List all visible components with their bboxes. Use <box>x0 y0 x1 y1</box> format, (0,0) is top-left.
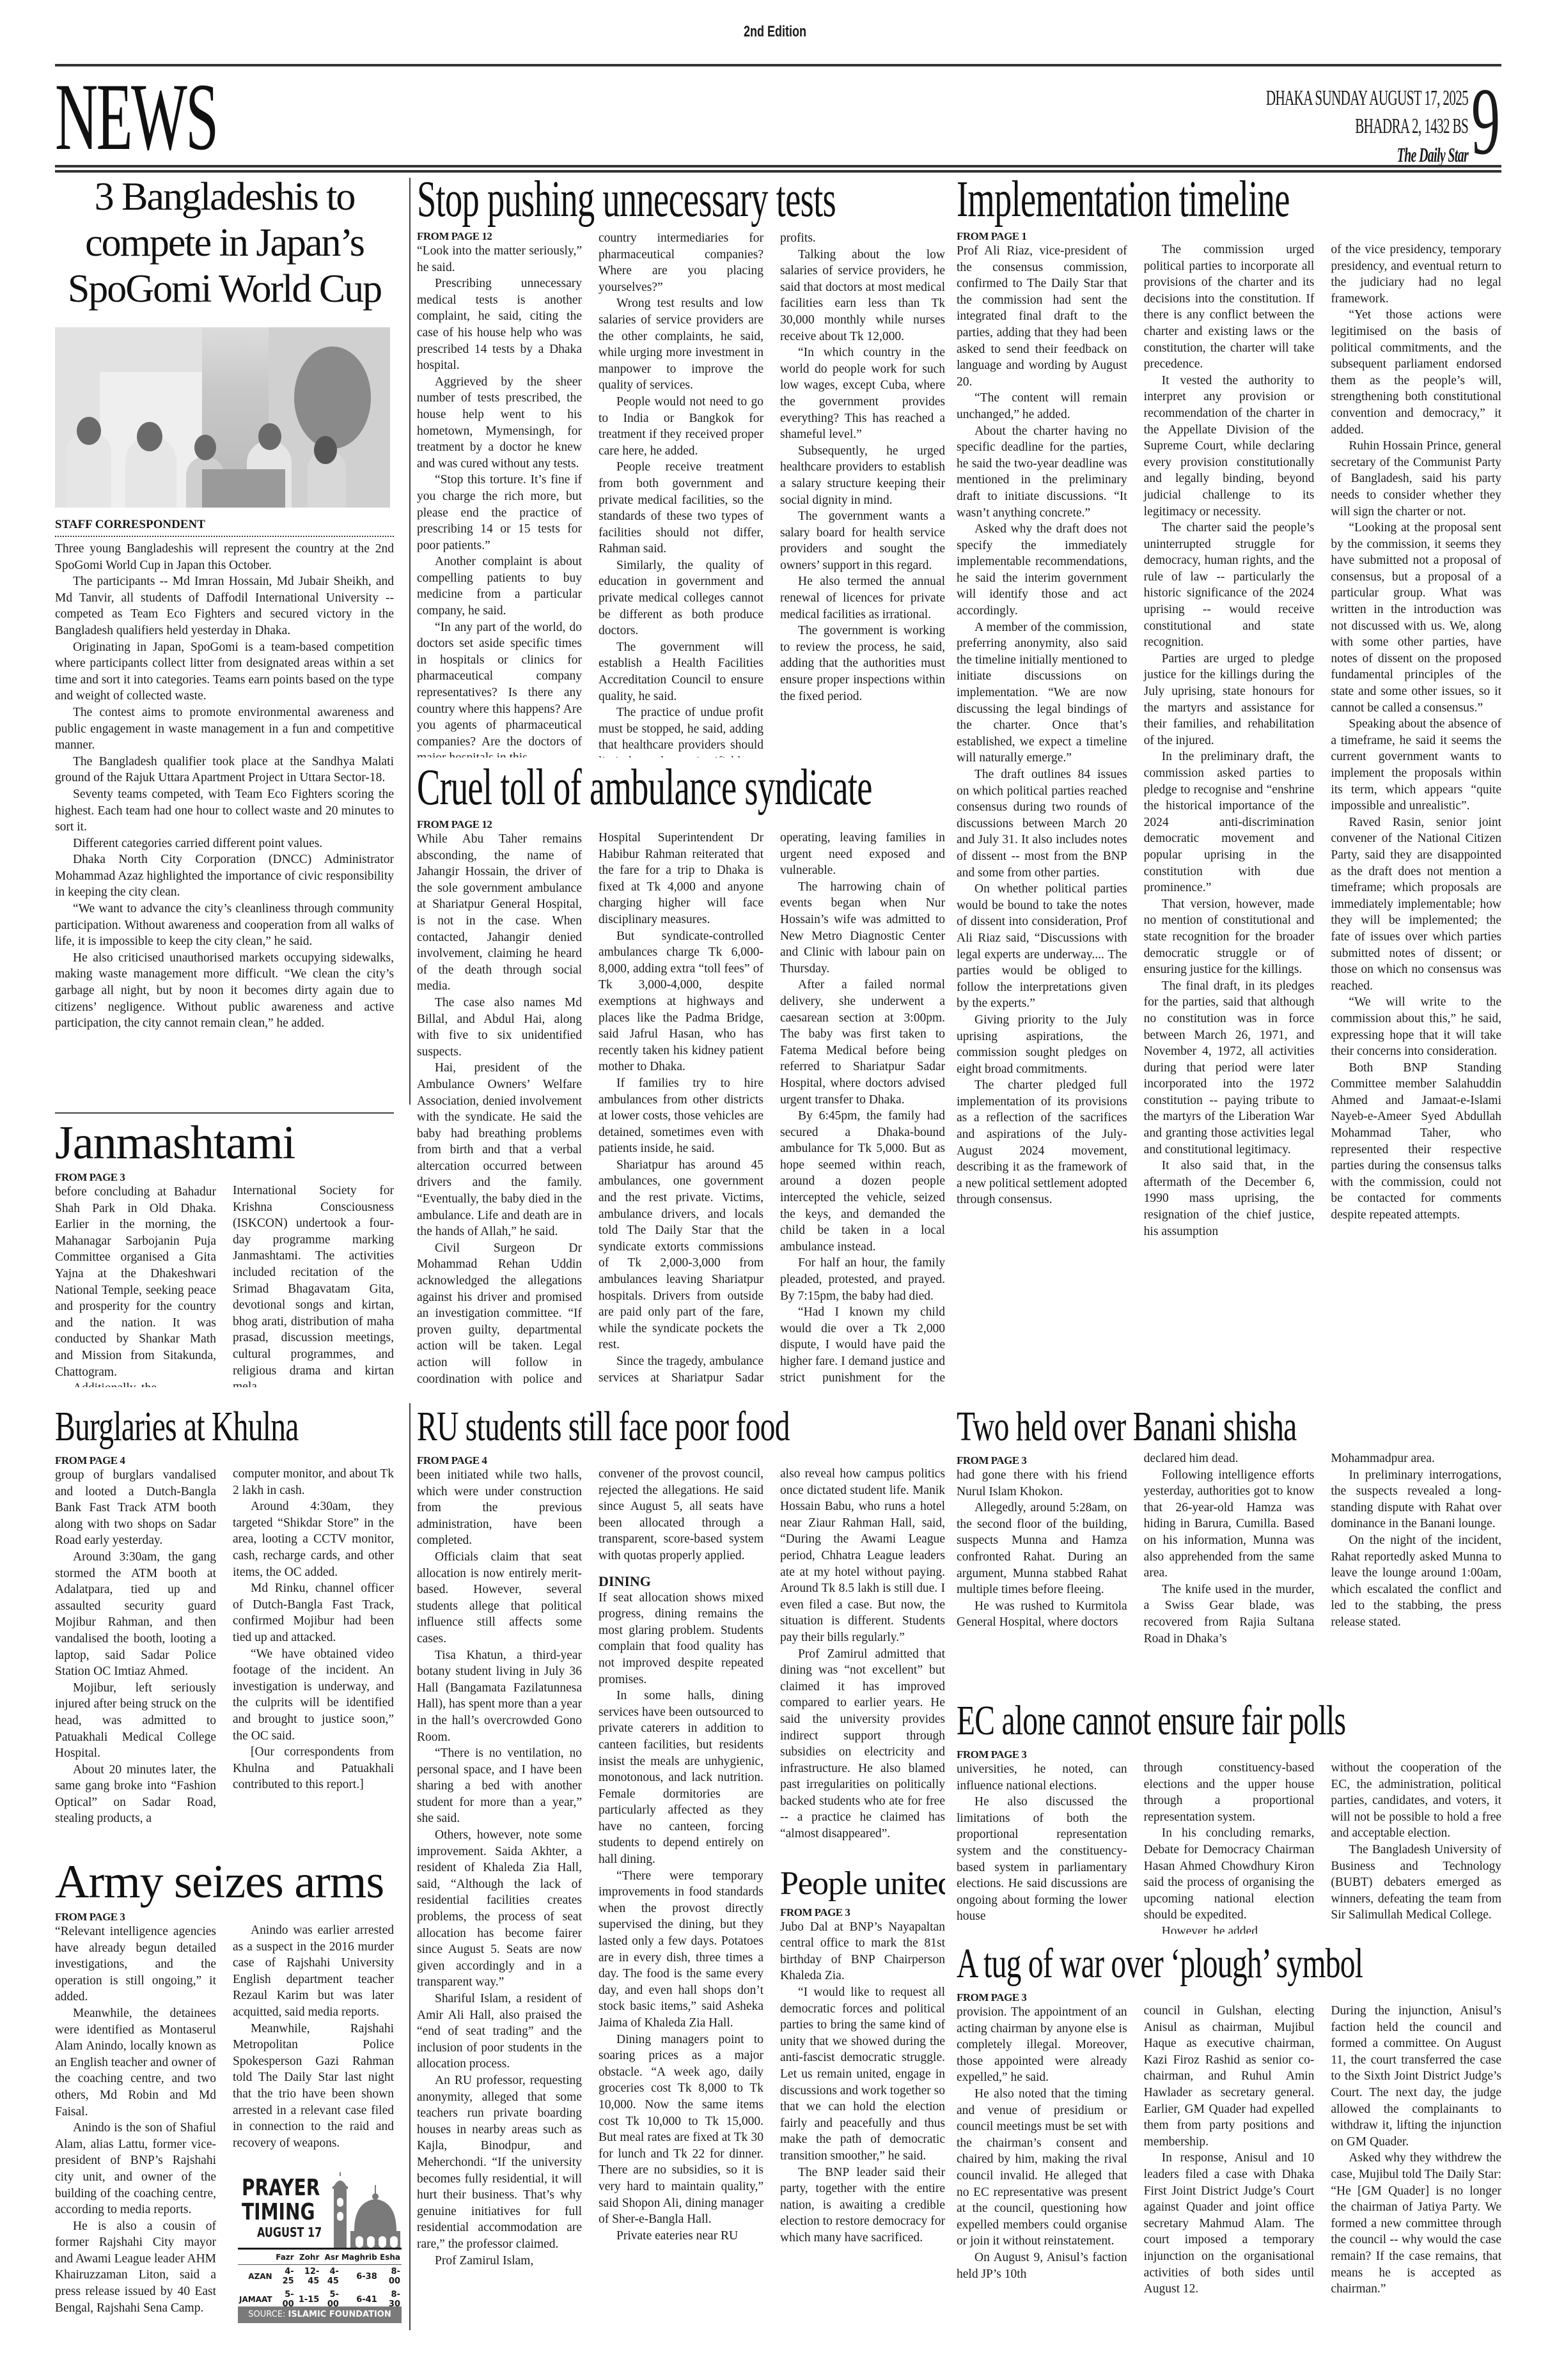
paragraph: of the vice presidency, temporary presid… <box>1331 242 1501 307</box>
from-page: FROM PAGE 3 <box>957 1748 1127 1761</box>
paragraph: had gone there with his friend Nurul Isl… <box>957 1467 1127 1500</box>
paragraph: “I would like to request all democratic … <box>780 1984 945 2165</box>
row-label: AZAN <box>238 2265 274 2289</box>
paragraph: In his concluding remarks, Debate for De… <box>1144 1825 1315 1924</box>
paragraph: In the preliminary draft, the commission… <box>1144 749 1315 896</box>
column-3: During the injunction, Anisul’s faction … <box>1331 1987 1501 2298</box>
edition-label: 2nd Edition <box>194 23 1356 41</box>
paragraph: operating, leaving families in urgent ne… <box>780 830 945 879</box>
from-page: FROM PAGE 3 <box>55 1911 216 1924</box>
paragraph: But syndicate-controlled ambulances char… <box>599 928 763 1075</box>
paragraph: For half an hour, the family pleaded, pr… <box>780 1255 945 1304</box>
from-page: FROM PAGE 12 <box>417 818 582 831</box>
paragraph: The knife used in the murder, a Swiss Ge… <box>1144 1582 1315 1647</box>
column-3: also reveal how campus politics once dic… <box>780 1451 945 2269</box>
paragraph: He also discussed the limitations of bot… <box>957 1794 1127 1925</box>
paragraph: “Yet those actions were legitimised on t… <box>1331 307 1501 438</box>
paragraph: Hai, president of the Ambulance Owners’ … <box>417 1060 582 1240</box>
column-3: of the vice presidency, temporary presid… <box>1331 226 1501 1240</box>
story-burglaries: Burglaries at Khulna FROM PAGE 4 group o… <box>55 1403 394 1851</box>
source-credit: SOURCE: ISLAMIC FOUNDATION <box>238 2306 402 2323</box>
date-block: DHAKA SUNDAY AUGUST 17, 2025 BHADRA 2, 1… <box>1266 84 1468 169</box>
prayer-title-line1: PRAYER <box>242 2176 320 2200</box>
story-spogomi-body: STAFF CORRESPONDENT Three young Banglade… <box>55 518 394 1093</box>
paragraph: Dining managers point to soaring prices … <box>599 2032 763 2228</box>
paragraph: provision. The appointment of an acting … <box>957 2004 1127 2086</box>
column-1: FROM PAGE 12 “Look into the matter serio… <box>417 226 582 758</box>
column-1: FROM PAGE 4 been initiated while two hal… <box>417 1451 582 2269</box>
subhead-dining: DINING <box>599 1573 763 1590</box>
paragraph: The practice of undue profit must be sto… <box>599 704 763 758</box>
paragraph: Originating in Japan, SpoGomi is a team-… <box>55 639 394 704</box>
paragraph: Md Rinku, channel officer of Dutch-Bangl… <box>233 1580 394 1645</box>
paragraph: After a failed normal delivery, she unde… <box>780 977 945 1108</box>
paragraph: Mojibur, left seriously injured after be… <box>55 1680 216 1762</box>
headline: EC alone cannot ensure fair polls <box>957 1697 1349 1745</box>
paragraph: “Had I known my child would die over a T… <box>780 1304 945 1384</box>
column-3: without the cooperation of the EC, the a… <box>1331 1745 1501 1934</box>
paragraph: Prof Zamirul Islam, <box>417 2253 582 2269</box>
story-banani: Two held over Banani shisha FROM PAGE 3 … <box>957 1403 1501 1691</box>
column-3: Mohammadpur area.In preliminary interrog… <box>1331 1451 1501 1647</box>
column-divider <box>409 178 411 1105</box>
paragraph: Wrong test results and low salaries of s… <box>599 295 763 394</box>
story-ambulance: Cruel toll of ambulance syndicate FROM P… <box>417 761 945 1384</box>
mosque-icon <box>333 2172 400 2248</box>
paragraph: The BNP leader said their party, togethe… <box>780 2165 945 2246</box>
paragraph: The contest aims to promote environmenta… <box>55 704 394 754</box>
paragraph: He was rushed to Kurmitola General Hospi… <box>957 1598 1127 1631</box>
column-2: The commission urged political parties t… <box>1144 226 1315 1240</box>
paragraph: During the injunction, Anisul’s faction … <box>1331 2003 1501 2150</box>
paragraph: The harrowing chain of events began when… <box>780 879 945 977</box>
paragraph: Private eateries near RU <box>599 2228 763 2244</box>
dateline: DHAKA SUNDAY AUGUST 17, 2025 <box>1266 84 1468 113</box>
paragraph: The Bangladesh qualifier took place at t… <box>55 754 394 786</box>
headline: Stop pushing unnecessary tests <box>417 173 776 226</box>
paragraph: Asked why they withdrew the case, Mujibu… <box>1331 2150 1501 2297</box>
paragraph: Anindo is the son of Shafiul Alam, alias… <box>55 2120 216 2218</box>
paragraph: The commission urged political parties t… <box>1144 242 1315 373</box>
page-number: 9 <box>1471 77 1500 166</box>
time-cell: 6-38 <box>340 2265 379 2289</box>
column-1: FROM PAGE 3 universities, he noted, can … <box>957 1745 1127 1934</box>
column-2: convener of the provost council, rejecte… <box>599 1451 763 2269</box>
paragraph: declared him dead. <box>1144 1451 1315 1467</box>
story-people-united: People united FROM PAGE 3 Jubo Dal at BN… <box>780 1865 945 2246</box>
story-photo <box>55 327 390 508</box>
paragraph: without the cooperation of the EC, the a… <box>1331 1760 1501 1842</box>
paragraph: profits. <box>780 230 945 247</box>
column-2: Hospital Superintendent Dr Habibur Rahma… <box>599 814 763 1384</box>
column-2: council in Gulshan, electing Anisul as c… <box>1144 1987 1315 2298</box>
paragraph: About the charter having no specific dea… <box>957 423 1127 522</box>
story-tests: Stop pushing unnecessary tests FROM PAGE… <box>417 173 945 758</box>
paragraph: Hospital Superintendent Dr Habibur Rahma… <box>599 830 763 928</box>
headline: A tug of war over ‘plough’ symbol <box>957 1940 1349 1987</box>
paragraph: On whether political parties would be bo… <box>957 881 1127 1012</box>
paragraph: It vested the authority to interpret any… <box>1144 373 1315 520</box>
source-label: SOURCE: <box>248 2310 285 2319</box>
prayer-title: PRAYER TIMING <box>242 2176 320 2225</box>
column-1: FROM PAGE 3 before concluding at Bahadur… <box>55 1167 216 1387</box>
paragraph: On August 9, Anisul’s faction held JP’s … <box>957 2250 1127 2282</box>
section-title: NEWS <box>55 75 217 159</box>
from-page: FROM PAGE 4 <box>417 1454 582 1467</box>
paragraph: Prof Ali Riaz, vice-president of the con… <box>957 243 1127 390</box>
paragraph: Tisa Khatun, a third-year botany student… <box>417 1647 582 1746</box>
paragraph: The government is working to review the … <box>780 623 945 704</box>
col-header-esha: Esha <box>379 2252 402 2265</box>
paragraph: “Looking at the proposal sent by the com… <box>1331 520 1501 716</box>
paragraph: through constituency-based elections and… <box>1144 1760 1315 1825</box>
paragraph: The Bangladesh University of Business an… <box>1331 1842 1501 1924</box>
paragraph: [Our correspondents from Khulna and Patu… <box>233 1744 394 1793</box>
paragraph: “Stop this torture. It’s fine if you cha… <box>417 472 582 554</box>
paragraph: “In any part of the world, do doctors se… <box>417 619 582 758</box>
paragraph: before concluding at Bahadur Shah Park i… <box>55 1184 216 1380</box>
paragraph: Following intelligence efforts yesterday… <box>1144 1467 1315 1582</box>
paragraph: Meanwhile, the detainees were identified… <box>55 2005 216 2120</box>
bangla-date: BHADRA 2, 1432 BS <box>1266 113 1468 141</box>
column-2: country intermediaries for pharmaceutica… <box>599 226 763 758</box>
paragraph: Shariatpur has around 45 ambulances, one… <box>599 1157 763 1353</box>
from-page: FROM PAGE 3 <box>957 1991 1127 2004</box>
masthead-bottom-rule <box>55 165 1501 173</box>
paragraph: country intermediaries for pharmaceutica… <box>599 230 763 295</box>
headline: Two held over Banani shisha <box>957 1403 1349 1451</box>
column-1: FROM PAGE 12 While Abu Taher remains abs… <box>417 814 582 1384</box>
paragraph: In preliminary interrogations, the suspe… <box>1331 1467 1501 1532</box>
paragraph: Subsequently, he urged healthcare provid… <box>780 443 945 508</box>
from-page: FROM PAGE 3 <box>957 1454 1127 1467</box>
col-header-asr: Asr <box>320 2252 340 2265</box>
paragraph: “There is no ventilation, no personal sp… <box>417 1745 582 1827</box>
paragraph: He also criticised unauthorised markets … <box>55 950 394 1032</box>
paragraph: The charter pledged full implementation … <box>957 1077 1127 1208</box>
paragraph: group of burglars vandalised and looted … <box>55 1467 216 1549</box>
paragraph: Since the tragedy, ambulance services at… <box>599 1353 763 1384</box>
paragraph: He also noted that the timing and venue … <box>957 2086 1127 2250</box>
paragraph: “The content will remain unchanged,” he … <box>957 390 1127 423</box>
from-page: FROM PAGE 1 <box>957 230 1127 243</box>
paragraph: “There were temporary improvements in fo… <box>599 1868 763 2032</box>
paragraph: “Look into the matter seriously,” he sai… <box>417 243 582 276</box>
from-page: FROM PAGE 12 <box>417 230 582 243</box>
paragraph: Shariful Islam, a resident of Amir Ali H… <box>417 1991 582 2073</box>
paragraph: A member of the commission, preferring a… <box>957 619 1127 766</box>
story-janmashtami: Janmashtami FROM PAGE 3 before concludin… <box>55 1112 394 1387</box>
paragraph: The draft outlines 84 issues on which po… <box>957 766 1127 881</box>
story-timeline: Implementation timeline FROM PAGE 1 Prof… <box>957 173 1501 1384</box>
paragraph: It also said that, in the aftermath of t… <box>1144 1158 1315 1240</box>
headline: RU students still face poor food <box>417 1403 797 1451</box>
headline: People united <box>780 1865 945 1902</box>
paragraph: Speaking about the absence of a timefram… <box>1331 716 1501 814</box>
paragraph: He is also a cousin of former Rajshahi C… <box>55 2218 216 2317</box>
story-body: Three young Bangladeshis will represent … <box>55 541 394 1032</box>
paragraph: “In which country in the world do people… <box>780 345 945 443</box>
paragraph: council in Gulshan, electing Anisul as c… <box>1144 2003 1315 2150</box>
paragraph: The case also names Md Billal, and Abdul… <box>417 995 582 1060</box>
paragraph: Mohammadpur area. <box>1331 1451 1501 1467</box>
time-cell: 8-00 <box>379 2265 402 2289</box>
column-2: through constituency-based elections and… <box>1144 1745 1315 1934</box>
paragraph: On the night of the incident, Rahat repo… <box>1331 1532 1501 1631</box>
paragraph: Asked why the draft does not specify the… <box>957 521 1127 619</box>
paragraph: International Society for Krishna Consci… <box>233 1183 394 1387</box>
headline: Army seizes arms <box>55 1857 394 1907</box>
column-2: computer monitor, and about Tk 2 lakh in… <box>233 1451 394 1827</box>
paragraph: Giving priority to the July uprising asp… <box>957 1012 1127 1077</box>
col-header-fazr: Fazr <box>274 2252 295 2265</box>
col-header <box>238 2252 274 2265</box>
paragraph: Different categories carried different p… <box>55 836 394 852</box>
paragraph: Officials claim that seat allocation is … <box>417 1549 582 1647</box>
table-row-azan: AZAN 4-25 12-45 4-45 6-38 8-00 <box>238 2265 402 2289</box>
column-1: FROM PAGE 3 “Relevant intelligence agenc… <box>55 1907 216 2316</box>
byline: STAFF CORRESPONDENT <box>55 518 394 537</box>
paragraph: “Relevant intelligence agencies have alr… <box>55 1924 216 2005</box>
paragraph: Seventy teams competed, with Team Eco Fi… <box>55 786 394 836</box>
headline: 3 Bangladeshis to compete in Japan’s Spo… <box>55 173 394 312</box>
paragraph: Talking about the low salaries of servic… <box>780 247 945 345</box>
column-1: FROM PAGE 3 provision. The appointment o… <box>957 1987 1127 2298</box>
paragraph: The charter said the people’s uninterrup… <box>1144 520 1315 651</box>
prayer-table: Fazr Zohr Asr Maghrib Esha AZAN 4-25 12-… <box>238 2252 402 2311</box>
prayer-title-line2: TIMING <box>242 2200 320 2225</box>
paragraph: Jubo Dal at BNP’s Nayapaltan central off… <box>780 1919 945 1984</box>
paragraph: convener of the provost council, rejecte… <box>599 1466 763 1564</box>
paragraph: That version, however, made no mention o… <box>1144 896 1315 978</box>
paragraph: “We have obtained video footage of the i… <box>233 1646 394 1745</box>
column-1: FROM PAGE 3 had gone there with his frie… <box>957 1451 1127 1647</box>
column-1: FROM PAGE 4 group of burglars vandalised… <box>55 1451 216 1827</box>
story-plough: A tug of war over ‘plough’ symbol FROM P… <box>957 1940 1501 2340</box>
paragraph: While Abu Taher remains absconding, the … <box>417 831 582 995</box>
time-cell: 12-45 <box>295 2265 321 2289</box>
paragraph: Allegedly, around 5:28am, on the second … <box>957 1500 1127 1598</box>
from-page: FROM PAGE 3 <box>780 1906 945 1919</box>
paragraph: The participants -- Md Imran Hossain, Md… <box>55 573 394 639</box>
paragraph: Aggrieved by the sheer number of tests p… <box>417 374 582 472</box>
paragraph: universities, he noted, can influence na… <box>957 1761 1127 1794</box>
paragraph: also reveal how campus politics once dic… <box>780 1466 945 1646</box>
paragraph: Parties are urged to pledge justice for … <box>1144 651 1315 749</box>
divider <box>238 2248 402 2250</box>
paragraph: Similarly, the quality of education in g… <box>599 557 763 639</box>
paragraph: Civil Surgeon Dr Mohammad Rehan Uddin ac… <box>417 1240 582 1384</box>
paragraph: People receive treatment from both gover… <box>599 459 763 557</box>
paragraph: The government will establish a Health F… <box>599 639 763 704</box>
story-ru-students: RU students still face poor food FROM PA… <box>417 1403 945 2340</box>
paragraph: Ruhin Hossain Prince, general secretary … <box>1331 438 1501 520</box>
paragraph: Dhaka North City Corporation (DNCC) Admi… <box>55 852 394 901</box>
time-cell: 4-45 <box>320 2265 340 2289</box>
paragraph: People would not need to go to India or … <box>599 394 763 459</box>
paragraph: been initiated while two halls, which we… <box>417 1467 582 1549</box>
paragraph: Raved Rasin, senior joint convener of th… <box>1331 814 1501 995</box>
paragraph: Prof Zamirul admitted that dining was “n… <box>780 1646 945 1842</box>
paragraph: Three young Bangladeshis will represent … <box>55 541 394 573</box>
col-header-maghrib: Maghrib <box>340 2252 379 2265</box>
paragraph: Around 3:30am, the gang stormed the ATM … <box>55 1549 216 1680</box>
headline: Janmashtami <box>55 1119 394 1167</box>
paragraph: “We want to advance the city’s cleanline… <box>55 901 394 950</box>
column-1: FROM PAGE 1 Prof Ali Riaz, vice-presiden… <box>957 226 1127 1240</box>
story-ec: EC alone cannot ensure fair polls FROM P… <box>957 1697 1501 1934</box>
paragraph: He also termed the annual renewal of lic… <box>780 573 945 623</box>
from-page: FROM PAGE 4 <box>55 1454 216 1467</box>
column-2: declared him dead.Following intelligence… <box>1144 1451 1315 1647</box>
paragraph: Prescribing unnecessary medical tests is… <box>417 276 582 374</box>
paragraph: “We will write to the commission about t… <box>1331 994 1501 1059</box>
column-3: operating, leaving families in urgent ne… <box>780 814 945 1384</box>
paragraph: In some halls, dining services have been… <box>599 1688 763 1868</box>
paragraph: However, he added, <box>1144 1924 1315 1934</box>
column-divider <box>409 1403 411 2330</box>
column-3: profits.Talking about the low salaries o… <box>780 226 945 758</box>
paragraph: Around 4:30am, they targeted “Shikdar St… <box>233 1498 394 1580</box>
headline: Cruel toll of ambulance syndicate <box>417 761 776 814</box>
from-page: FROM PAGE 3 <box>55 1171 216 1184</box>
source-name: ISLAMIC FOUNDATION <box>288 2310 391 2319</box>
time-cell: 4-25 <box>274 2265 295 2289</box>
headline: Burglaries at Khulna <box>55 1403 299 1451</box>
paragraph: Both BNP Standing Committee member Salah… <box>1331 1060 1501 1224</box>
paragraph: An RU professor, requesting anonymity, a… <box>417 2073 582 2253</box>
paragraph: In response, Anisul and 10 leaders filed… <box>1144 2150 1315 2297</box>
column-2: International Society for Krishna Consci… <box>233 1167 394 1387</box>
paragraph: Additionally, the <box>55 1380 216 1387</box>
col-header-zohr: Zohr <box>295 2252 321 2265</box>
paragraph: By 6:45pm, the family had secured a Dhak… <box>780 1108 945 1255</box>
paragraph: About 20 minutes later, the same gang br… <box>55 1762 216 1827</box>
masthead-top-rule <box>55 64 1501 66</box>
paragraph: computer monitor, and about Tk 2 lakh in… <box>233 1466 394 1498</box>
paragraph: Meanwhile, Rajshahi Metropolitan Police … <box>233 2021 394 2152</box>
paragraph: The government wants a salary board for … <box>780 508 945 573</box>
headline: Implementation timeline <box>957 173 1327 226</box>
paragraph: Another complaint is about compelling pa… <box>417 554 582 619</box>
paragraph: If seat allocation shows mixed progress,… <box>599 1590 763 1688</box>
paragraph: Anindo was earlier arrested as a suspect… <box>233 1922 394 2021</box>
paragraph: The final draft, in its pledges for the … <box>1144 978 1315 1158</box>
prayer-timing-box: PRAYER TIMING AUGUST 17 Fazr Zohr Asr Ma… <box>238 2172 402 2329</box>
paragraph: Others, however, note some improvement. … <box>417 1827 582 1991</box>
prayer-date: AUGUST 17 <box>257 2225 322 2240</box>
paragraph: If families try to hire ambulances from … <box>599 1075 763 1157</box>
